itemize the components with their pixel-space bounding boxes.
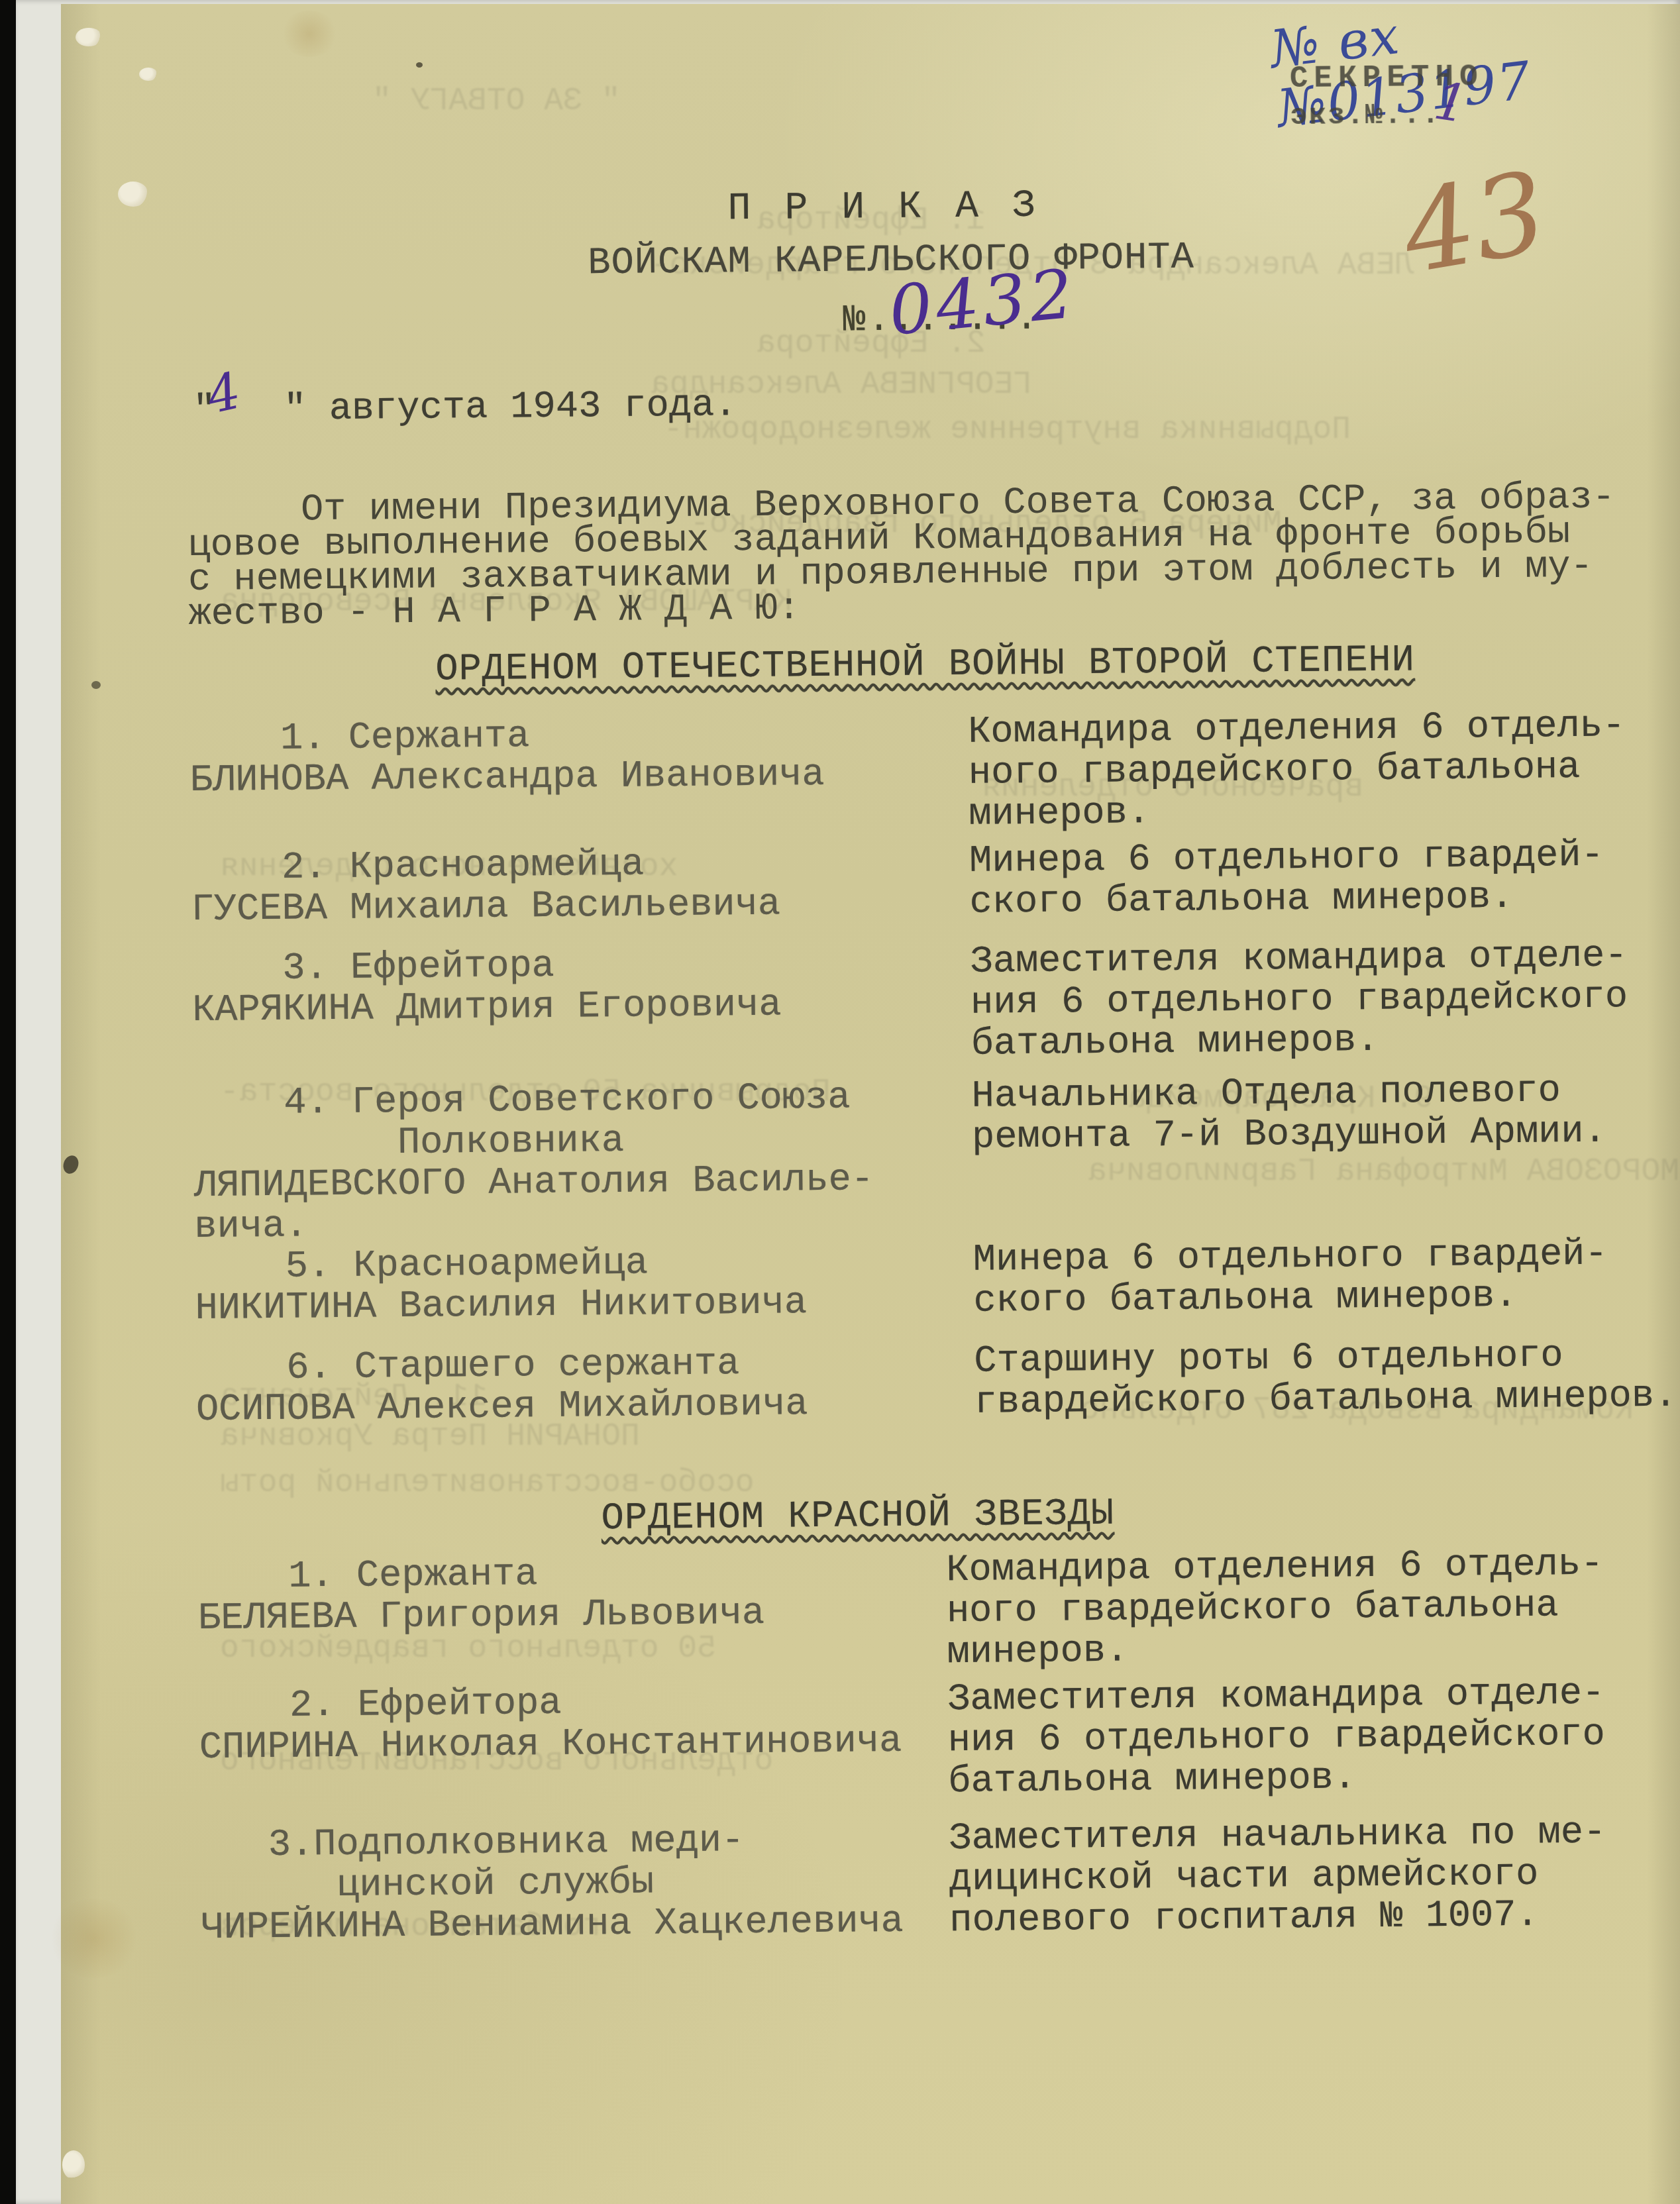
recipient-column: 2. ЕфрейтораСПИРИНА Николая Константинов… [199, 1680, 902, 1769]
recipient-line: 3.Подполковника меди- [200, 1819, 903, 1867]
position-line: Командира отделения 6 отдель- [968, 706, 1626, 753]
award-entry: 3. ЕфрейтораКАРЯКИНА Дмитрия ЕгоровичаЗа… [0, 935, 1679, 951]
recipient-line: Полковника [193, 1118, 874, 1166]
award-entry: 1. СержантаБЛИНОВА Александра ИвановичаК… [0, 706, 1677, 721]
award-entry: 1. СержантаБЕЛЯЕВА Григория ЛьвовичаКома… [5, 1543, 1680, 1559]
award-entry: 2. ЕфрейтораСПИРИНА Николая Константинов… [7, 1672, 1680, 1688]
recipient-column: 2. КрасноармейцаГУСЕВА Михаила Васильеви… [191, 843, 781, 931]
recipient-column: 6. Старшего сержантаОСИПОВА Алексея Миха… [195, 1343, 808, 1431]
position-column: Начальника Отдела полевогоремонта 7-й Во… [971, 1071, 1606, 1159]
position-line: минеров. [969, 788, 1626, 835]
scanned-document-page: " ЗА ОТВАГУ "1. ЕфрейтораЛЕВА Александра… [0, 0, 1680, 2204]
position-line: минеров. [947, 1626, 1604, 1674]
recipient-column: 1. СержантаБЛИНОВА Александра Ивановича [189, 713, 825, 802]
award-entry: 2. КрасноармейцаГУСЕВА Михаила Васильеви… [0, 835, 1679, 851]
position-line: ния 6 отдельного гвардейского [971, 976, 1628, 1024]
recipient-line: БЕЛЯЕВА Григория Львовича [198, 1593, 765, 1640]
recipient-line: цинской службы [201, 1860, 904, 1908]
recipient-line: 4. Героя Советского Союза [193, 1077, 873, 1125]
preamble: От имени Президиума Верховного Совета Со… [187, 480, 1616, 632]
recipient-line: БЛИНОВА Александра Ивановича [190, 755, 825, 802]
position-line: Минера 6 отдельного гвардей- [973, 1234, 1608, 1281]
position-column: Заместителя командира отделе-ния 6 отдел… [970, 935, 1628, 1065]
position-column: Минера 6 отдельного гвардей-ского баталь… [969, 835, 1604, 923]
recipient-line: 2. Ефрейтора [199, 1680, 902, 1728]
position-line: Минера 6 отдельного гвардей- [969, 835, 1604, 882]
position-column: Заместителя начальника по ме-дицинской ч… [949, 1812, 1607, 1942]
order-title: П Р И К А З [727, 186, 1041, 231]
handwritten-page-number: 43 [1394, 147, 1555, 299]
recipient-line: НИКИТИНА Василия Никитовича [195, 1283, 807, 1330]
position-column: Командира отделения 6 отдель-ного гварде… [946, 1544, 1604, 1674]
recipient-line: 1. Сержанта [197, 1552, 764, 1599]
recipient-column: 5. КрасноармейцаНИКИТИНА Василия Никитов… [195, 1241, 808, 1330]
recipient-column: 3. ЕфрейтораКАРЯКИНА Дмитрия Егоровича [191, 944, 782, 1032]
recipient-line: вича. [194, 1200, 874, 1248]
recipient-column: 3.Подполковника меди- цинской службыЧИРЕ… [200, 1819, 904, 1949]
position-line: полевого госпиталя № 1007. [949, 1895, 1607, 1942]
position-line: батальона минеров. [971, 1018, 1628, 1065]
position-line: ного гвардейского батальона [947, 1585, 1604, 1633]
recipient-line: 6. Старшего сержанта [195, 1343, 808, 1390]
recipient-line: СПИРИНА Николая Константиновича [199, 1721, 902, 1769]
award-entry: 6. Старшего сержантаОСИПОВА Алексея Миха… [3, 1334, 1680, 1350]
section-heading: ОРДЕНОМ КРАСНОЙ ЗВЕЗДЫ [601, 1493, 1114, 1540]
position-column: Командира отделения 6 отдель-ного гварде… [968, 706, 1626, 835]
award-list-red-star: 1. СержантаБЕЛЯЕВА Григория ЛьвовичаКома… [0, 0, 1671, 3]
position-line: Начальника Отдела полевого [971, 1071, 1606, 1118]
recipient-line: ОСИПОВА Алексея Михайловича [196, 1384, 808, 1431]
position-line: Заместителя командира отделе- [947, 1673, 1605, 1721]
position-column: Минера 6 отдельного гвардей-ского баталь… [973, 1234, 1608, 1322]
position-line: Старшину роты 6 отдельного [974, 1335, 1677, 1383]
recipient-line: 3. Ефрейтора [191, 944, 781, 991]
position-column: Старшину роты 6 отдельногогвардейского б… [974, 1335, 1677, 1424]
position-line: ремонта 7-й Воздушной Армии. [972, 1112, 1606, 1159]
position-line: ния 6 отдельного гвардейского [948, 1714, 1606, 1762]
date-line: " " августа 1943 года. [193, 385, 737, 431]
position-line: батальона минеров. [948, 1756, 1606, 1803]
recipient-line: 5. Красноармейца [195, 1241, 807, 1288]
recipient-line: ГУСЕВА Михаила Васильевича [191, 884, 780, 931]
position-line: Заместителя начальника по ме- [949, 1812, 1606, 1860]
recipient-line: ЧИРЕЙКИНА Вениамина Хацкелевича [201, 1901, 904, 1949]
recipient-column: 4. Героя Советского Союза ПолковникаЛЯПИ… [193, 1077, 874, 1248]
recipient-line: КАРЯКИНА Дмитрия Егоровича [192, 985, 782, 1032]
recipient-column: 1. СержантаБЕЛЯЕВА Григория Львовича [197, 1552, 764, 1640]
award-entry: 4. Героя Советского Союза ПолковникаЛЯПИ… [1, 1069, 1680, 1085]
position-line: дицинской части армейского [949, 1854, 1607, 1901]
position-line: гвардейского батальона минеров. [974, 1376, 1677, 1424]
copy-number-line: экз.№... [1290, 99, 1441, 133]
section-heading: ОРДЕНОМ ОТЕЧЕСТВЕННОЙ ВОЙНЫ ВТОРОЙ СТЕПЕ… [435, 639, 1415, 691]
position-line: ного гвардейского батальона [969, 747, 1626, 794]
award-entry: 3.Подполковника меди- цинской службыЧИРЕ… [8, 1811, 1680, 1827]
award-list-ow2: 1. СержантаБЛИНОВА Александра ИвановичаК… [0, 0, 1671, 3]
recipient-line: ЛЯПИДЕВСКОГО Анатолия Василье- [193, 1159, 874, 1207]
recipient-line: 2. Красноармейца [191, 843, 780, 890]
position-line: Заместителя командира отделе- [970, 935, 1628, 983]
typed-content: № вх №013197 СЕКРЕТНО экз.№... 1 43 П Р … [0, 0, 1680, 2204]
position-line: Командира отделения 6 отдель- [946, 1544, 1604, 1592]
position-column: Заместителя командира отделе-ния 6 отдел… [947, 1673, 1606, 1803]
recipient-line: 1. Сержанта [189, 713, 824, 761]
position-line: ского батальона минеров. [973, 1275, 1608, 1322]
position-line: ского батальона минеров. [969, 876, 1604, 923]
